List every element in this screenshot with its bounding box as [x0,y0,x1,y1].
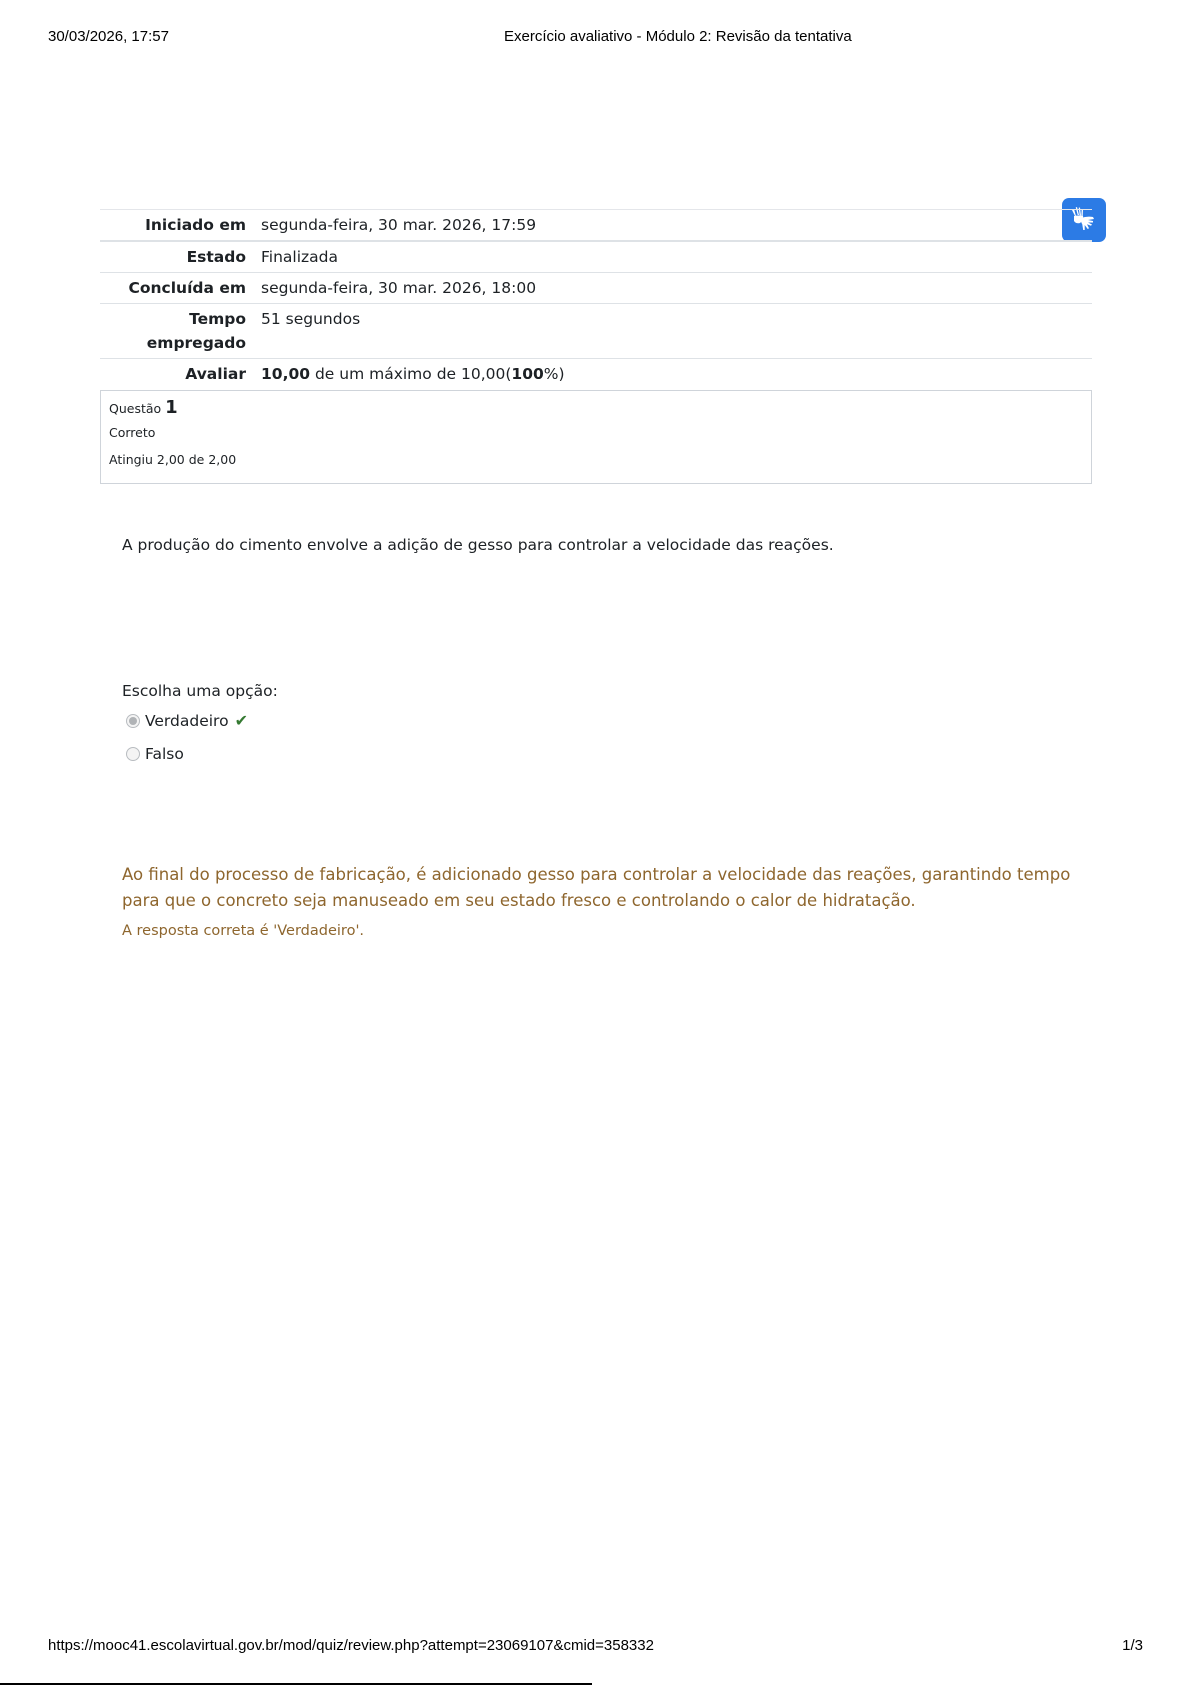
option-label: Falso [145,745,184,763]
print-footer: https://mooc41.escolavirtual.gov.br/mod/… [48,1637,1143,1657]
radio-button-checked[interactable] [126,714,140,728]
print-page-title: Exercício avaliativo - Módulo 2: Revisão… [504,28,852,45]
grade-value: 10,00 [261,365,310,383]
print-datetime: 30/03/2026, 17:57 [48,28,169,45]
grade-max-text: de um máximo de 10,00( [310,365,511,383]
question-grade: Atingiu 2,00 de 2,00 [109,452,1083,467]
summary-value: 51 segundos [261,304,1092,359]
radio-button[interactable] [126,747,140,761]
summary-label: Concluída em [100,273,261,304]
question-state: Correto [109,425,1083,440]
summary-row-started: Iniciado em segunda-feira, 30 mar. 2026,… [100,210,1092,242]
summary-row-grade: Avaliar 10,00 de um máximo de 10,00(100%… [100,359,1092,390]
attempt-summary-table: Iniciado em segunda-feira, 30 mar. 2026,… [100,209,1092,389]
summary-row-completed: Concluída em segunda-feira, 30 mar. 2026… [100,273,1092,304]
correct-check-icon: ✔ [235,711,248,730]
summary-value: segunda-feira, 30 mar. 2026, 18:00 [261,273,1092,304]
summary-label: Estado [100,241,261,273]
option-verdadeiro[interactable]: Verdadeiro ✔ [126,711,248,730]
question-info-box: Questão 1 Correto Atingiu 2,00 de 2,00 [100,390,1092,484]
summary-label: Avaliar [100,359,261,390]
summary-label: Iniciado em [100,210,261,242]
general-feedback: Ao final do processo de fabricação, é ad… [122,862,1072,914]
answer-prompt: Escolha uma opção: [122,682,278,700]
summary-row-state: Estado Finalizada [100,241,1092,273]
question-number-value: 1 [165,397,178,418]
question-label: Questão [109,401,161,416]
grade-percent-suffix: %) [544,365,565,383]
right-answer: A resposta correta é 'Verdadeiro'. [122,923,364,939]
summary-row-time-taken: Tempo empregado 51 segundos [100,304,1092,359]
option-falso[interactable]: Falso [126,745,184,763]
summary-value: Finalizada [261,241,1092,273]
print-header: 30/03/2026, 17:57 Exercício avaliativo -… [48,28,1143,48]
question-number: Questão 1 [109,399,1083,418]
question-text: A produção do cimento envolve a adição d… [122,536,834,554]
summary-value: segunda-feira, 30 mar. 2026, 17:59 [261,210,1092,242]
print-page-number: 1/3 [1122,1637,1143,1654]
print-url: https://mooc41.escolavirtual.gov.br/mod/… [48,1637,654,1654]
summary-label: Tempo empregado [100,304,261,359]
summary-value: 10,00 de um máximo de 10,00(100%) [261,359,1092,390]
grade-percent: 100 [511,365,543,383]
option-label: Verdadeiro [145,712,229,730]
